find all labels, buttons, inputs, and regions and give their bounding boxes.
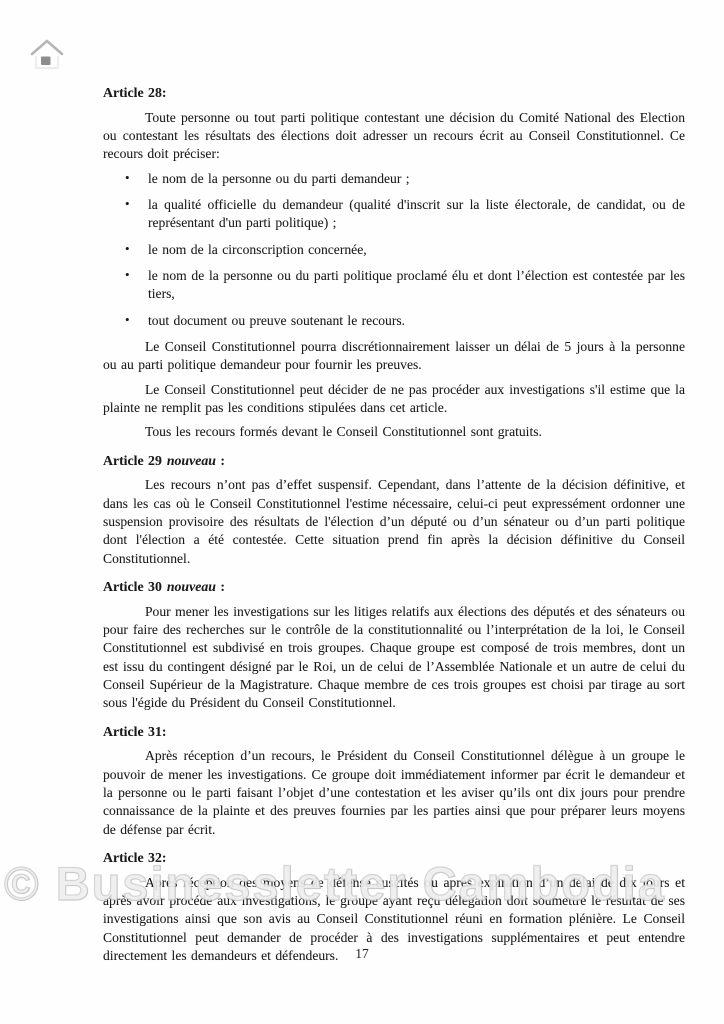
article-28-paragraph: Le Conseil Constitutionnel pourra discré… xyxy=(103,338,685,375)
article-28-intro: Toute personne ou tout parti politique c… xyxy=(103,109,685,164)
bullet-text: le nom de la circonscription concernée, xyxy=(148,242,367,257)
document-page: Article 28: Toute personne ou tout parti… xyxy=(0,0,724,1024)
article-28-heading: Article 28: xyxy=(103,84,685,103)
article-heading-label: Article 29 xyxy=(103,453,162,468)
article-heading-label: Article 30 xyxy=(103,579,162,594)
article-28-bullet-list: •le nom de la personne ou du parti deman… xyxy=(103,170,685,330)
document-body: Article 28: Toute personne ou tout parti… xyxy=(103,84,685,972)
page-number: 17 xyxy=(0,946,724,962)
bullet-item: •le nom de la personne ou du parti deman… xyxy=(148,170,685,188)
bullet-icon: • xyxy=(125,266,130,284)
article-31-paragraph: Après réception d’un recours, le Préside… xyxy=(103,747,685,839)
article-heading-tail: : xyxy=(216,453,225,468)
bullet-text: le nom de la personne ou du parti politi… xyxy=(148,268,685,301)
article-30-heading: Article 30nouveau : xyxy=(103,578,685,597)
article-31-heading: Article 31: xyxy=(103,723,685,742)
article-32-heading: Article 32: xyxy=(103,849,685,868)
bullet-icon: • xyxy=(125,311,130,329)
article-28-paragraph: Le Conseil Constitutionnel peut décider … xyxy=(103,381,685,418)
article-heading-tail: : xyxy=(216,579,225,594)
bullet-icon: • xyxy=(125,169,130,187)
bullet-icon: • xyxy=(125,240,130,258)
bullet-text: tout document ou preuve soutenant le rec… xyxy=(148,313,405,328)
article-heading-nouveau: nouveau xyxy=(167,453,216,468)
article-heading-label: Article 28: xyxy=(103,85,166,100)
article-29-heading: Article 29nouveau : xyxy=(103,452,685,471)
bullet-text: la qualité officielle du demandeur (qual… xyxy=(148,197,685,230)
article-30-paragraph: Pour mener les investigations sur les li… xyxy=(103,603,685,713)
bullet-item: •le nom de la circonscription concernée, xyxy=(148,241,685,259)
article-29-paragraph: Les recours n’ont pas d’effet suspensif.… xyxy=(103,476,685,568)
bullet-item: •le nom de la personne ou du parti polit… xyxy=(148,267,685,304)
home-icon xyxy=(26,32,68,76)
bullet-item: •la qualité officielle du demandeur (qua… xyxy=(148,196,685,233)
article-28-paragraph: Tous les recours formés devant le Consei… xyxy=(103,423,685,441)
article-heading-label: Article 31: xyxy=(103,724,166,739)
bullet-item: •tout document ou preuve soutenant le re… xyxy=(148,312,685,330)
bullet-icon: • xyxy=(125,195,130,213)
article-heading-nouveau: nouveau xyxy=(167,579,216,594)
bullet-text: le nom de la personne ou du parti demand… xyxy=(148,171,410,186)
article-heading-label: Article 32: xyxy=(103,850,166,865)
